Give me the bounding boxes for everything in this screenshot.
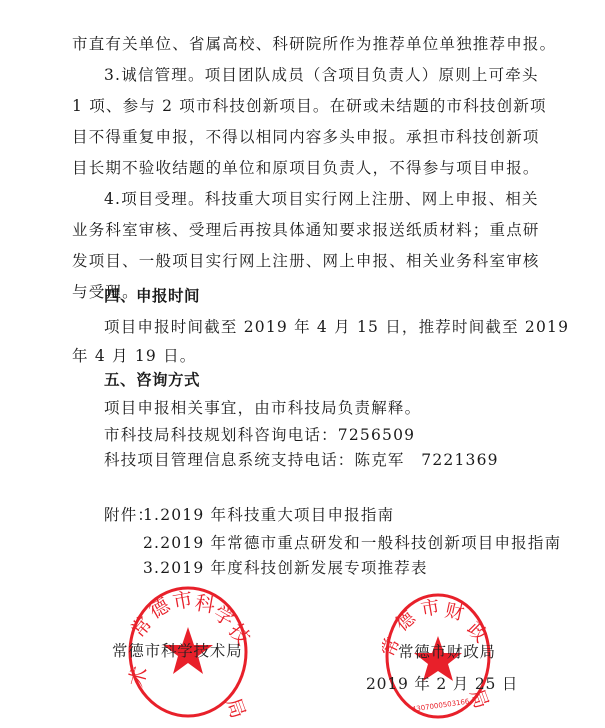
svg-text:局: 局 <box>221 695 250 721</box>
body-line-8: 发项目、一般项目实行网上注册、网上申报、相关业务科室审核 <box>72 251 540 271</box>
section-5-heading: 五、咨询方式 <box>104 370 200 390</box>
left-org-signature: 常德市科学技术局 <box>112 641 242 661</box>
body-line-7: 业务科室审核、受理后再按具体通知要求报送纸质材料；重点研 <box>72 220 540 240</box>
section-4-line-2: 年 4 月 19 日。 <box>72 346 197 366</box>
right-org-signature: 常德市财政局 <box>398 642 496 662</box>
body-line-6: 4.项目受理。科技重大项目实行网上注册、网上申报、相关 <box>104 189 539 209</box>
svg-text:德: 德 <box>145 592 175 623</box>
body-line-4: 目不得重复申报，不得以相同内容多头申报。承担市科技创新项 <box>72 127 540 147</box>
attachment-1: 1.2019 年科技重大项目申报指南 <box>143 505 394 525</box>
attachment-3: 3.2019 年度科技创新发展专项推荐表 <box>143 558 428 578</box>
section-4-heading: 四、申报时间 <box>104 286 200 306</box>
body-line-1: 市直有关单位、省属高校、科研院所作为推荐单位单独推荐申报。 <box>72 34 556 54</box>
svg-text:术: 术 <box>124 664 152 690</box>
svg-text:市: 市 <box>419 596 442 621</box>
body-line-2: 3.诚信管理。项目团队成员（含项目负责人）原则上可牵头 <box>104 65 539 85</box>
section-5-line-2: 市科技局科技规划科咨询电话：7256509 <box>104 425 415 445</box>
section-5-line-3: 科技项目管理信息系统支持电话：陈克军 7221369 <box>104 450 499 470</box>
section-5-line-1: 项目申报相关事宜，由市科技局负责解释。 <box>104 398 421 418</box>
body-line-5: 目长期不验收结题的单位和原项目负责人，不得参与项目申报。 <box>72 158 540 178</box>
svg-text:德: 德 <box>391 606 420 636</box>
svg-text:财: 财 <box>443 599 466 624</box>
attachment-2: 2.2019 年常德市重点研发和一般科技创新项目申报指南 <box>143 533 561 553</box>
section-4-line-1: 项目申报时间截至 2019 年 4 月 15 日，推荐时间截至 2019 <box>104 317 569 337</box>
signature-date: 2019 年 2 月 25 日 <box>366 674 518 694</box>
body-line-3: 1 项、参与 2 项市科技创新项目。在研或未结题的市科技创新项 <box>72 96 547 116</box>
svg-text:市: 市 <box>171 587 195 614</box>
